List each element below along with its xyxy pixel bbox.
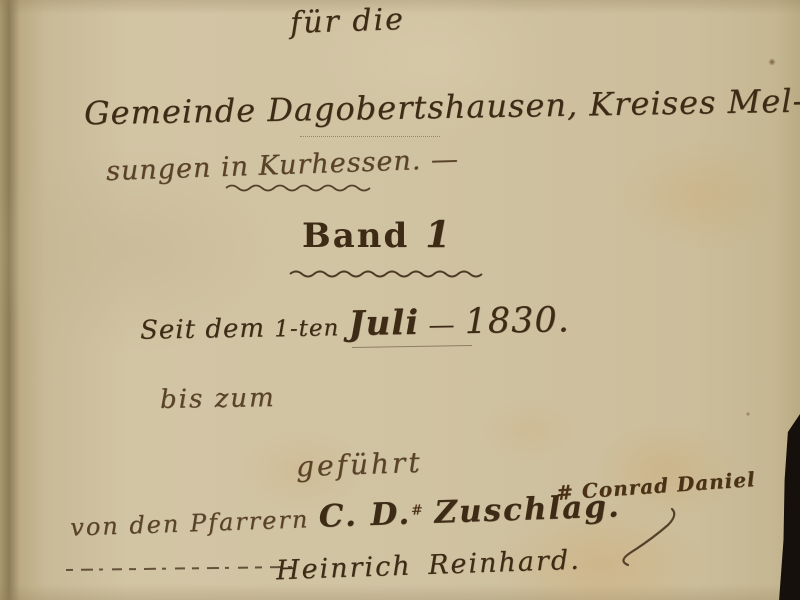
- pastor-surname: Zuschlag.: [434, 488, 622, 530]
- wavy-underline-band: [288, 266, 484, 280]
- pastors-prefix: von den Pfarrern: [70, 505, 310, 541]
- date-day: 1-ten: [274, 315, 340, 342]
- kept-by-line: geführt: [295, 446, 423, 483]
- scanned-register-title-page: für die Gemeinde Dagobertshausen, Kreise…: [0, 0, 800, 600]
- pastors-line: von den Pfarrern C. D.# Zuschlag.: [70, 488, 622, 543]
- date-prefix: Seit dem: [140, 314, 265, 346]
- date-dash: —: [428, 310, 456, 340]
- wavy-underline-kurhessen: [224, 180, 374, 194]
- second-pastor-line: Heinrich Reinhard.: [276, 545, 582, 587]
- date-year: 1830.: [464, 300, 570, 342]
- underline-date-day: [352, 345, 472, 348]
- volume-number: 1: [425, 214, 452, 256]
- faint-dotted-underline: [300, 136, 440, 137]
- date-month: Juli: [348, 303, 419, 344]
- pen-flourish: [610, 505, 680, 580]
- start-date-line: Seit dem 1-ten Juli — 1830.: [140, 300, 571, 347]
- until-line: bis zum: [160, 383, 276, 415]
- insertion-mark: #: [411, 502, 425, 518]
- dashed-ditto-line: [64, 564, 294, 574]
- pastor-initials: C. D.: [318, 496, 411, 535]
- volume-line: Band1: [302, 214, 452, 256]
- dedication-line: für die: [289, 2, 405, 41]
- volume-label: Band: [302, 216, 409, 256]
- community-line-1: Gemeinde Dagobertshausen, Kreises Mel-: [84, 82, 800, 133]
